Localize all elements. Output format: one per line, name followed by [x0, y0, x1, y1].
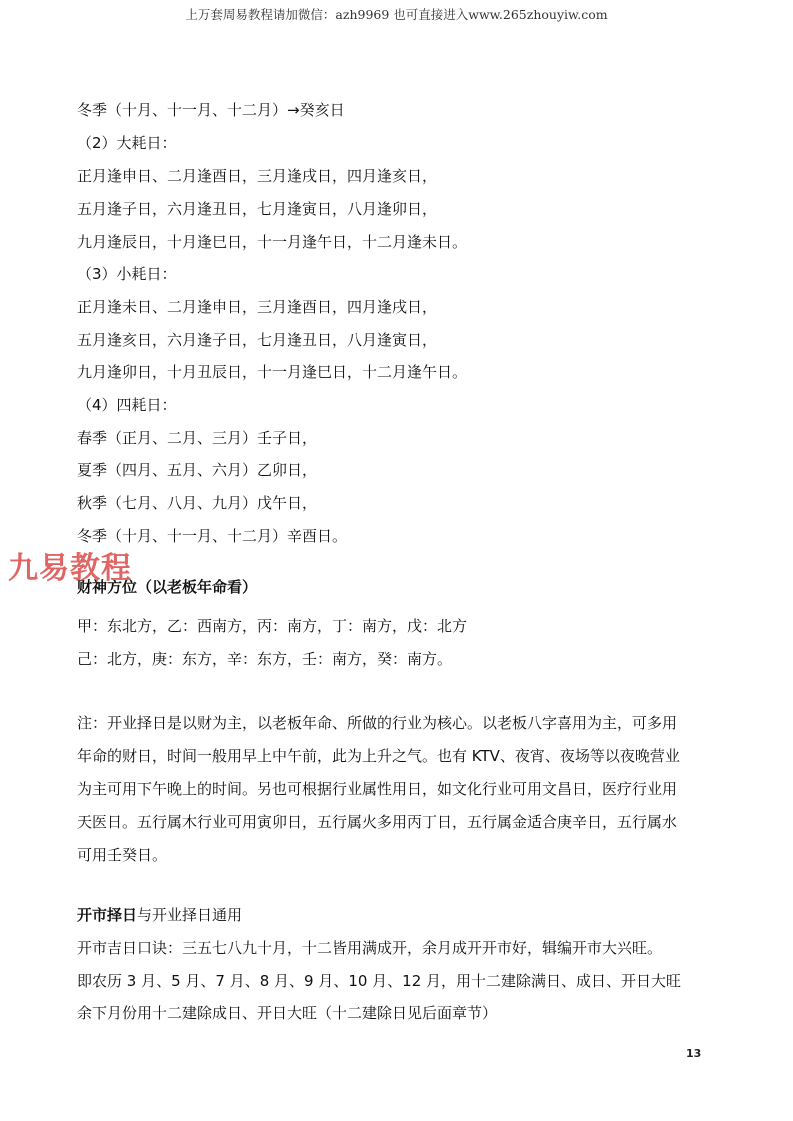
text-line: 甲：东北方，乙：西南方，丙：南方，丁：南方，戊：北方 — [77, 616, 467, 636]
watermark-logo: 九易教程 — [8, 543, 132, 587]
text-line: 余下月份用十二建除成日、开日大旺（十二建除日见后面章节） — [77, 1003, 497, 1023]
text-line: 夏季（四月、五月、六月）乙卯日， — [77, 460, 317, 480]
text-line: （2）大耗日： — [77, 133, 177, 153]
text-line: 冬季（十月、十一月、十二月）→癸亥日 — [77, 100, 345, 120]
page-header-ad: 上万套周易教程请加微信：azh9969 也可直接进入www.265zhouyiw… — [0, 5, 793, 23]
text-line: 注：开业择日是以财为主，以老板年命、所做的行业为核心。以老板八字喜用为主，可多用 — [77, 713, 677, 733]
text-line: 五月逢子日，六月逢丑日，七月逢寅日，八月逢卯日， — [77, 199, 437, 219]
page-number: 13 — [686, 1047, 701, 1060]
text-line: 为主可用下午晚上的时间。另也可根据行业属性用日，如文化行业可用文昌日，医疗行业用 — [77, 779, 677, 799]
text-line: 年命的财日，时间一般用早上中午前，此为上升之气。也有 KTV、夜宵、夜场等以夜晚… — [77, 746, 680, 766]
text-line: 己：北方，庚：东方，辛：东方，壬：南方，癸：南方。 — [77, 649, 452, 669]
text-line: 春季（正月、二月、三月）壬子日， — [77, 428, 317, 448]
text-line: （3）小耗日： — [77, 264, 177, 284]
text-line: 秋季（七月、八月、九月）戊午日， — [77, 493, 317, 513]
text-line: 可用壬癸日。 — [77, 845, 167, 865]
text-line: 正月逢申日、二月逢酉日，三月逢戌日，四月逢亥日， — [77, 166, 437, 186]
text-line: 九月逢辰日，十月逢巳日，十一月逢午日，十二月逢未日。 — [77, 232, 467, 252]
text-line: （4）四耗日： — [77, 395, 177, 415]
section-heading-kaishi-bold: 开市择日 — [77, 906, 137, 924]
text-line: 天医日。五行属木行业可用寅卯日，五行属火多用丙丁日，五行属金适合庚辛日，五行属水 — [77, 812, 677, 832]
section-heading-kaishi: 开市择日与开业择日通用 — [77, 905, 242, 925]
text-line: 五月逢亥日，六月逢子日，七月逢丑日，八月逢寅日， — [77, 330, 437, 350]
text-line: 九月逢卯日，十月丑辰日，十一月逢巳日，十二月逢午日。 — [77, 362, 467, 382]
section-heading-kaishi-rest: 与开业择日通用 — [137, 906, 242, 924]
text-line: 开市吉日口诀：三五七八九十月，十二皆用满成开，余月成开开市好，辑编开市大兴旺。 — [77, 938, 662, 958]
text-line: 即农历 3 月、5 月、7 月、8 月、9 月、10 月、12 月，用十二建除满… — [77, 971, 681, 991]
text-line: 正月逢未日、二月逢申日，三月逢酉日，四月逢戌日， — [77, 297, 437, 317]
